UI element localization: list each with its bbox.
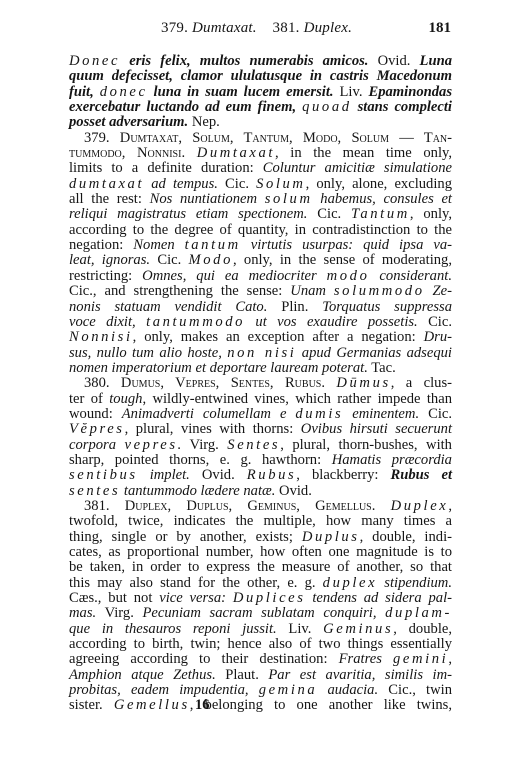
text-line: negation: Nomen tantum virtutis usurpas:… <box>69 238 452 253</box>
text-run: Coluntur amicitiæ simulatione <box>263 160 452 176</box>
body-text: Donec eris felix, multos numerabis amico… <box>69 54 452 714</box>
text-run: wound: <box>69 406 122 422</box>
text-line: 381. Duplex, Duplus, Geminus, Gemellus. … <box>69 499 452 514</box>
text-run: , blackberry: <box>296 467 390 483</box>
text-run: , plural, vines with thorns: <box>125 421 301 437</box>
text-line: twofold, twice, indicates the multiple, … <box>69 514 452 529</box>
text-run: 381. <box>84 498 125 514</box>
text-run: Cic., and strengthening the sense: <box>69 283 290 299</box>
spaced-keyword: Duplus <box>302 529 360 545</box>
spaced-keyword: Tantum <box>351 206 410 222</box>
text-line: exercebatur luctando ad eum finem, quoad… <box>69 100 452 115</box>
text-run: Cic. <box>150 252 188 268</box>
text-run: ut vos exaudire possetis. <box>245 314 418 330</box>
text-run <box>375 498 390 514</box>
spaced-keyword: gemini <box>393 651 448 667</box>
text-run: implet. <box>138 467 190 483</box>
text-line: voce dixit, tantummodo ut vos exaudire p… <box>69 315 452 330</box>
text-run: sus, nullo tum alio hoste, <box>69 345 227 361</box>
spaced-keyword: Duplex <box>391 498 449 514</box>
text-line: thing, single or by another, exists; Dup… <box>69 530 452 545</box>
text-line: posset adversarium. Nep. <box>69 115 452 130</box>
spaced-keyword: Sentes <box>227 437 280 453</box>
text-run: Ovid. <box>368 53 419 69</box>
text-run: nonis statuam vendidit Cato. <box>69 299 267 315</box>
text-line: nomen imperatorium et deportare lauream … <box>69 361 452 376</box>
text-run: Dru- <box>424 329 452 345</box>
text-run: exercebatur luctando ad eum finem, <box>69 99 302 115</box>
text-run: , only, <box>410 206 452 222</box>
text-run: sharp, pointed thorns, e. g. hawthorn: <box>69 452 332 468</box>
text-run: , double, <box>393 621 452 637</box>
text-run: Liv. <box>277 621 323 637</box>
left-section-word: Dumtaxat. <box>192 20 257 36</box>
text-line: probitas, eadem impudentia, gemina audac… <box>69 683 452 698</box>
entry-heading: Dumtaxat, Solum, Tantum, Modo, Solum — T… <box>120 130 452 146</box>
text-line: 379. Dumtaxat, Solum, Tantum, Modo, Solu… <box>69 131 452 146</box>
text-run: posset adversarium. <box>69 114 188 130</box>
right-section-number: 381. <box>273 20 300 36</box>
spaced-keyword: Dūmus <box>336 375 390 391</box>
text-run: habemus, consules et <box>313 191 452 207</box>
left-section-number: 379. <box>161 20 188 36</box>
text-run: Nep. <box>188 114 220 130</box>
text-line: tummodo, Nonnisi. Dumtaxat, in the mean … <box>69 146 452 161</box>
spaced-keyword: gemina <box>259 682 318 698</box>
text-run: thing, single or by another, exists; <box>69 529 302 545</box>
text-run: tough <box>109 391 142 407</box>
text-run: probitas, eadem impudentia, <box>69 682 259 698</box>
text-run: Hamatis præcordia <box>332 452 452 468</box>
spaced-keyword: sentibus <box>69 467 138 483</box>
text-run: agreeing according to their destination: <box>69 651 339 667</box>
spaced-keyword: dumis <box>295 406 343 422</box>
text-run: , <box>448 651 452 667</box>
text-line: leat, ignoras. Cic. Modo, only, in the s… <box>69 253 452 268</box>
text-line: this may also stand for the other, e. g.… <box>69 576 452 591</box>
spaced-keyword: duplex <box>323 575 378 591</box>
text-run: be taken, in order to express the measur… <box>69 559 452 575</box>
text-run: 380. <box>84 375 121 391</box>
text-line: according to the degree of quantity, in … <box>69 223 452 238</box>
text-line: mas. Virg. Pecuniam sacram sublatam conq… <box>69 606 452 621</box>
text-run <box>325 375 336 391</box>
text-run: Virg. <box>181 437 227 453</box>
spaced-keyword: sentes <box>69 483 120 499</box>
text-run: Pecuniam sacram sublatam conquiri, <box>143 605 386 621</box>
text-line: nonis statuam vendidit Cato. Plin. Torqu… <box>69 300 452 315</box>
text-run: leat, ignoras. <box>69 252 150 268</box>
text-run: Torquatus suppressa <box>322 299 452 315</box>
text-run: Ovid. <box>275 483 311 499</box>
text-run: Nomen <box>133 237 184 253</box>
spaced-keyword: solummodo <box>334 283 425 299</box>
text-run: voce dixit, <box>69 314 146 330</box>
text-run: Liv. <box>334 84 369 100</box>
text-run: audacia. <box>317 682 378 698</box>
text-run: eris felix, multos numerabis amicos. <box>120 53 368 69</box>
text-run: Plaut. <box>216 667 269 683</box>
text-run: , wildly-entwined vines, which rather im… <box>142 391 452 407</box>
text-line: reliqui magistratus etiam spectionem. Ci… <box>69 207 452 222</box>
text-run: Plin. <box>267 299 322 315</box>
text-line: according to birth, twin; hence also of … <box>69 637 452 652</box>
signature-mark: 16 <box>195 697 210 714</box>
text-run: , double, indi- <box>360 529 452 545</box>
text-run: Rubus et <box>390 467 452 483</box>
text-run: que in thesauros reponi jussit. <box>69 621 277 637</box>
text-run: quum defecisset, clamor ululatusque in c… <box>69 68 452 84</box>
text-run <box>185 145 197 161</box>
text-line: agreeing according to their destination:… <box>69 652 452 667</box>
text-run: sister. <box>69 697 114 713</box>
text-run: Luna <box>420 53 452 69</box>
text-line: Cic., and strengthening the sense: Unam … <box>69 284 452 299</box>
text-run: , <box>448 498 452 514</box>
text-line: Nonnisi, only, makes an exception after … <box>69 330 452 345</box>
text-run: Virg. <box>96 605 142 621</box>
text-run: negation: <box>69 237 133 253</box>
text-line: corpora vepres. Virg. Sentes, plural, th… <box>69 438 452 453</box>
text-run: Cic. <box>418 314 452 330</box>
text-run: considerant. <box>369 268 452 284</box>
spaced-keyword: solum <box>265 191 313 207</box>
text-run: Animadverti columellam e <box>122 406 296 422</box>
text-run: Cic. <box>307 206 351 222</box>
text-run: twofold, twice, indicates the multiple, … <box>69 513 452 529</box>
text-line: limits to a definite duration: Coluntur … <box>69 161 452 176</box>
text-run: , belonging to one another like twins, <box>190 697 452 713</box>
text-line: sharp, pointed thorns, e. g. hawthorn: H… <box>69 453 452 468</box>
text-line: que in thesauros reponi jussit. Liv. Gem… <box>69 622 452 637</box>
spaced-keyword: non nisi <box>227 345 296 361</box>
text-line: cates, as proportional number, how often… <box>69 545 452 560</box>
text-run: this may also stand for the other, e. g. <box>69 575 323 591</box>
text-line: 380. Dumus, Vepres, Sentes, Rubus. Dūmus… <box>69 376 452 391</box>
text-run: Cic. <box>419 406 452 422</box>
text-line: Amphion atque Zethus. Plaut. Par est ava… <box>69 668 452 683</box>
spaced-keyword: donec <box>100 84 148 100</box>
spaced-keyword: tantummodo <box>146 314 245 330</box>
spaced-keyword: Duplices <box>233 590 306 606</box>
running-title: 379. Dumtaxat. 381. Duplex. <box>161 20 352 37</box>
text-run: Amphion atque Zethus. <box>69 667 216 683</box>
text-run: Fratres <box>339 651 393 667</box>
entry-heading: Dumus, Vepres, Sentes, Rubus. <box>121 375 325 391</box>
entry-heading: tummodo, Nonnisi. <box>69 145 185 161</box>
text-line: restricting: Omnes, qui ea mediocriter m… <box>69 269 452 284</box>
text-line: all the rest: Nos nuntiationem solum hab… <box>69 192 452 207</box>
spaced-keyword: dumtaxat <box>69 176 144 192</box>
spaced-keyword: quoad <box>302 99 351 115</box>
text-line: sister. Gemellus, belonging to one anoth… <box>69 698 452 713</box>
text-run: Epaminondas <box>368 84 452 100</box>
text-line: ter of tough, wildly-entwined vines, whi… <box>69 392 452 407</box>
text-run: vice versa: <box>159 590 233 606</box>
text-line: fuit, donec luna in suam lucem emersit. … <box>69 85 452 100</box>
text-run: , in the mean time only, <box>275 145 452 161</box>
spaced-keyword: Modo <box>189 252 233 268</box>
text-run: restricting: <box>69 268 142 284</box>
text-run: eminentem. <box>343 406 419 422</box>
page-number: 181 <box>429 20 452 37</box>
spaced-keyword: Nonnisi <box>69 329 133 345</box>
text-run: virtutis usurpas: quid ipsa va- <box>241 237 452 253</box>
text-line: dumtaxat ad tempus. Cic. Solum, only, al… <box>69 177 452 192</box>
text-run: Ovibus hirsuti secuerunt <box>301 421 452 437</box>
text-run: all the rest: <box>69 191 150 207</box>
text-run: nomen imperatorium et deportare lauream … <box>69 360 368 376</box>
text-run: tendens ad sidera pal- <box>306 590 452 606</box>
spaced-keyword: Solum <box>256 176 305 192</box>
text-line: be taken, in order to express the measur… <box>69 560 452 575</box>
text-run: apud Germanias adsequi <box>296 345 452 361</box>
text-line: sus, nullo tum alio hoste, non nisi apud… <box>69 346 452 361</box>
text-run: Ovid. <box>190 467 247 483</box>
text-run: , only, in the sense of moderating, <box>233 252 452 268</box>
entry-heading: Duplex, Duplus, Geminus, Gemellus. <box>125 498 376 514</box>
text-run: , only, alone, excluding <box>306 176 452 192</box>
text-run: luna in suam lucem emersit. <box>148 84 334 100</box>
text-line: sentibus implet. Ovid. Rubus, blackberry… <box>69 468 452 483</box>
right-section-word: Duplex. <box>304 20 352 36</box>
text-run: Cæs., but not <box>69 590 159 606</box>
text-run: cates, as proportional number, how often… <box>69 544 452 560</box>
text-run: 379. <box>84 130 120 146</box>
text-run: tantummodo lædere natæ. <box>120 483 275 499</box>
text-run: mas. <box>69 605 96 621</box>
spaced-keyword: Donec <box>69 53 120 69</box>
text-run: , plural, thorn-bushes, with <box>280 437 452 453</box>
text-line: quum defecisset, clamor ululatusque in c… <box>69 69 452 84</box>
text-run: stans complecti <box>352 99 452 115</box>
text-run: according to birth, twin; hence also of … <box>69 636 452 652</box>
text-line: sentes tantummodo lædere natæ. Ovid. <box>69 484 452 499</box>
text-run: Omnes, qui ea mediocriter <box>142 268 326 284</box>
spaced-keyword: Geminus <box>323 621 393 637</box>
text-run: Cic., twin <box>378 682 452 698</box>
text-run: Cic. <box>218 176 256 192</box>
spaced-keyword: modo <box>327 268 370 284</box>
running-header: 379. Dumtaxat. 381. Duplex. 181 <box>69 20 451 40</box>
text-line: Vĕpres, plural, vines with thorns: Ovibu… <box>69 422 452 437</box>
text-run: ad tempus. <box>144 176 218 192</box>
text-run: Par est avaritia, similis im- <box>268 667 452 683</box>
spaced-keyword: Dumtaxat <box>197 145 275 161</box>
text-run: Ze- <box>425 283 452 299</box>
text-run: Nos nuntiationem <box>150 191 265 207</box>
spaced-keyword: Vĕpres <box>69 421 125 437</box>
text-run: ter of <box>69 391 109 407</box>
text-line: Donec eris felix, multos numerabis amico… <box>69 54 452 69</box>
spaced-keyword: tantum <box>185 237 241 253</box>
text-run: according to the degree of quantity, in … <box>69 222 452 238</box>
text-run: , a clus- <box>391 375 452 391</box>
text-run: fuit, <box>69 84 100 100</box>
spaced-keyword: duplam- <box>385 605 452 621</box>
text-run: Tac. <box>368 360 396 376</box>
text-line: Cæs., but not vice versa: Duplices tende… <box>69 591 452 606</box>
text-run: reliqui magistratus etiam spectionem. <box>69 206 307 222</box>
spaced-keyword: vepres <box>125 437 178 453</box>
text-run: Unam <box>290 283 334 299</box>
text-run: corpora <box>69 437 125 453</box>
text-run: , only, makes an exception after a negat… <box>133 329 424 345</box>
spaced-keyword: Gemellus <box>114 697 190 713</box>
spaced-keyword: Rubus <box>247 467 296 483</box>
text-run: limits to a definite duration: <box>69 160 263 176</box>
text-line: wound: Animadverti columellam e dumis em… <box>69 407 452 422</box>
text-run: stipendium. <box>377 575 452 591</box>
